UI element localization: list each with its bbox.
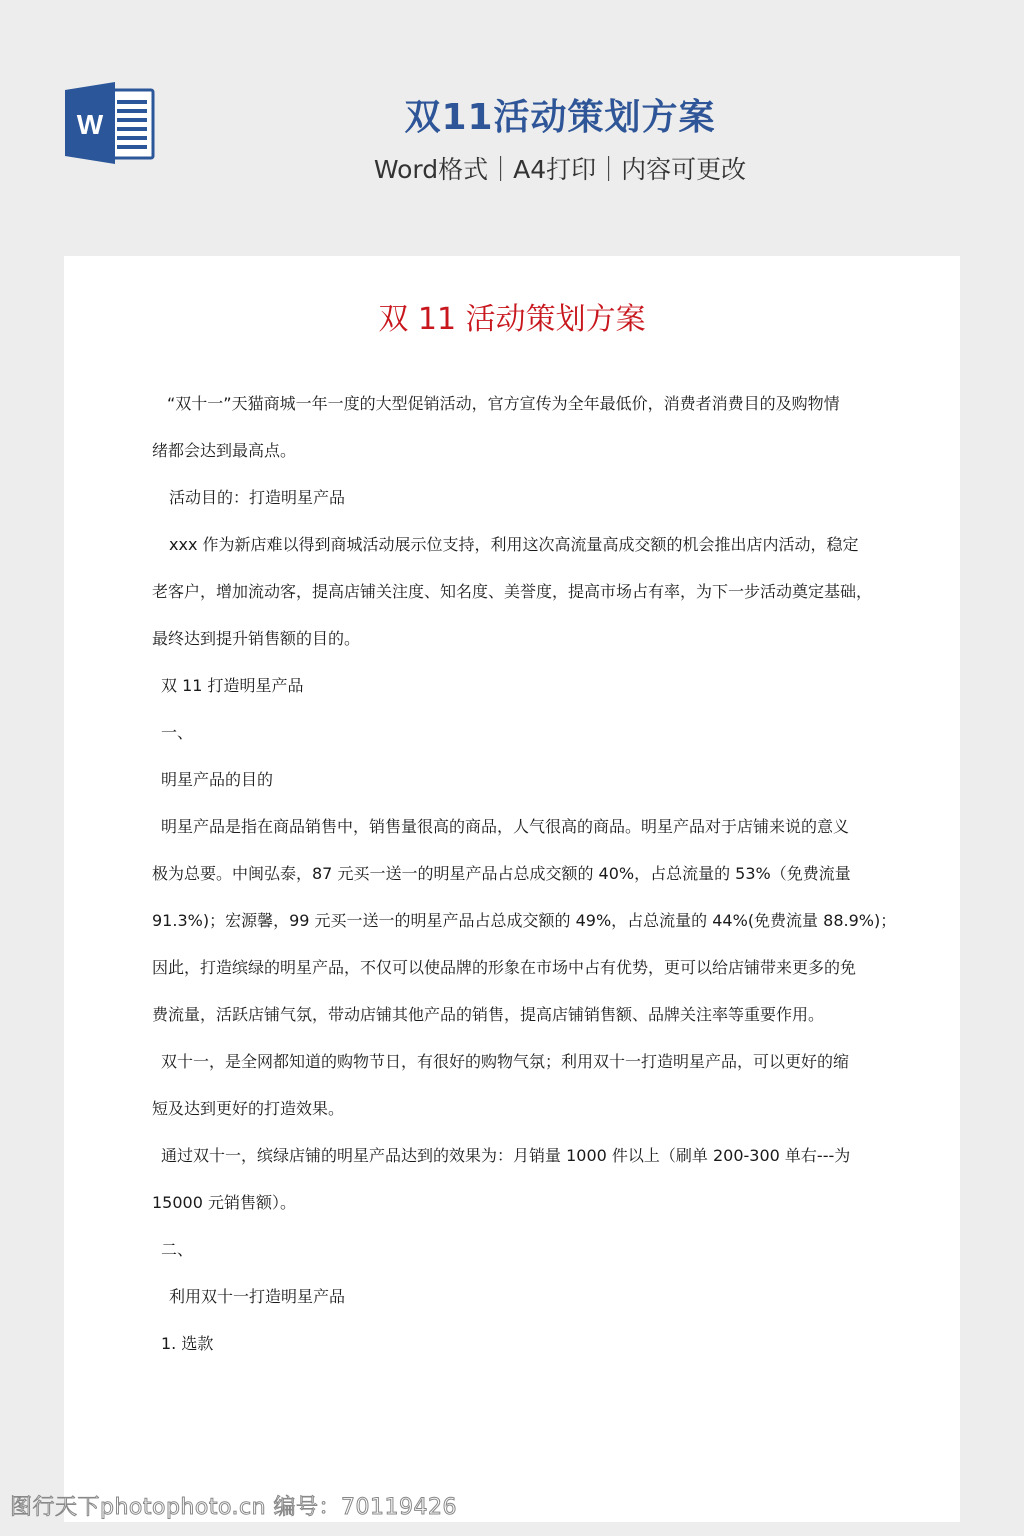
paragraph-line: “双十一”天猫商城一年一度的大型促销活动，官方宣传为全年最低价，消费者消费目的及… xyxy=(167,380,899,427)
banner-subtitle: Word格式｜A4打印｜内容可更改 xyxy=(300,152,820,188)
paragraph-line: 活动目的：打造明星产品 xyxy=(169,474,901,521)
paragraph-line: 明星产品是指在商品销售中，销售量很高的商品，人气很高的商品。明星产品对于店铺来说… xyxy=(161,803,893,850)
paragraph-line: 双十一，是全网都知道的购物节日，有很好的购物气氛；利用双十一打造明星产品，可以更… xyxy=(161,1038,893,1085)
section-heading: 利用双十一打造明星产品 xyxy=(169,1273,901,1320)
document-title: 双 11 活动策划方案 xyxy=(64,300,960,340)
paragraph-line: 15000 元销售额）。 xyxy=(152,1179,884,1226)
section-heading: 明星产品的目的 xyxy=(161,756,893,803)
paragraph-line: 因此，打造缤绿的明星产品，不仅可以使品牌的形象在市场中占有优势，更可以给店铺带来… xyxy=(152,944,884,991)
word-document-icon: W xyxy=(65,82,155,164)
watermark-text: 图行天下photophoto.cn 编号：70119426 xyxy=(10,1490,457,1521)
paragraph-line: 最终达到提升销售额的目的。 xyxy=(152,615,884,662)
section-number: 二、 xyxy=(161,1226,893,1273)
banner-title: 双11活动策划方案 xyxy=(300,94,820,142)
paragraph-line: 极为总要。中闽弘泰，87 元买一送一的明星产品占总成交额的 40%，占总流量的 … xyxy=(152,850,884,897)
section-heading: 双 11 打造明星产品 xyxy=(161,662,893,709)
paragraph-line: 91.3%)；宏源馨，99 元买一送一的明星产品占总成交额的 49%，占总流量的… xyxy=(152,897,884,944)
svg-text:W: W xyxy=(77,109,104,140)
paragraph-line: 老客户，增加流动客，提高店铺关注度、知名度、美誉度，提高市场占有率，为下一步活动… xyxy=(152,568,884,615)
document-page: 双 11 活动策划方案 “双十一”天猫商城一年一度的大型促销活动，官方宣传为全年… xyxy=(64,256,960,1522)
paragraph-line: xxx 作为新店难以得到商城活动展示位支持，利用这次高流量高成交额的机会推出店内… xyxy=(169,521,901,568)
paragraph-line: 费流量，活跃店铺气氛，带动店铺其他产品的销售，提高店铺销售额、品牌关注率等重要作… xyxy=(152,991,884,1038)
paragraph-line: 短及达到更好的打造效果。 xyxy=(152,1085,884,1132)
paragraph-line: 绪都会达到最高点。 xyxy=(152,427,884,474)
paragraph-line: 通过双十一，缤绿店铺的明星产品达到的效果为：月销量 1000 件以上（刷单 20… xyxy=(161,1132,893,1179)
list-item: 1. 选款 xyxy=(161,1320,893,1367)
section-number: 一、 xyxy=(161,709,893,756)
